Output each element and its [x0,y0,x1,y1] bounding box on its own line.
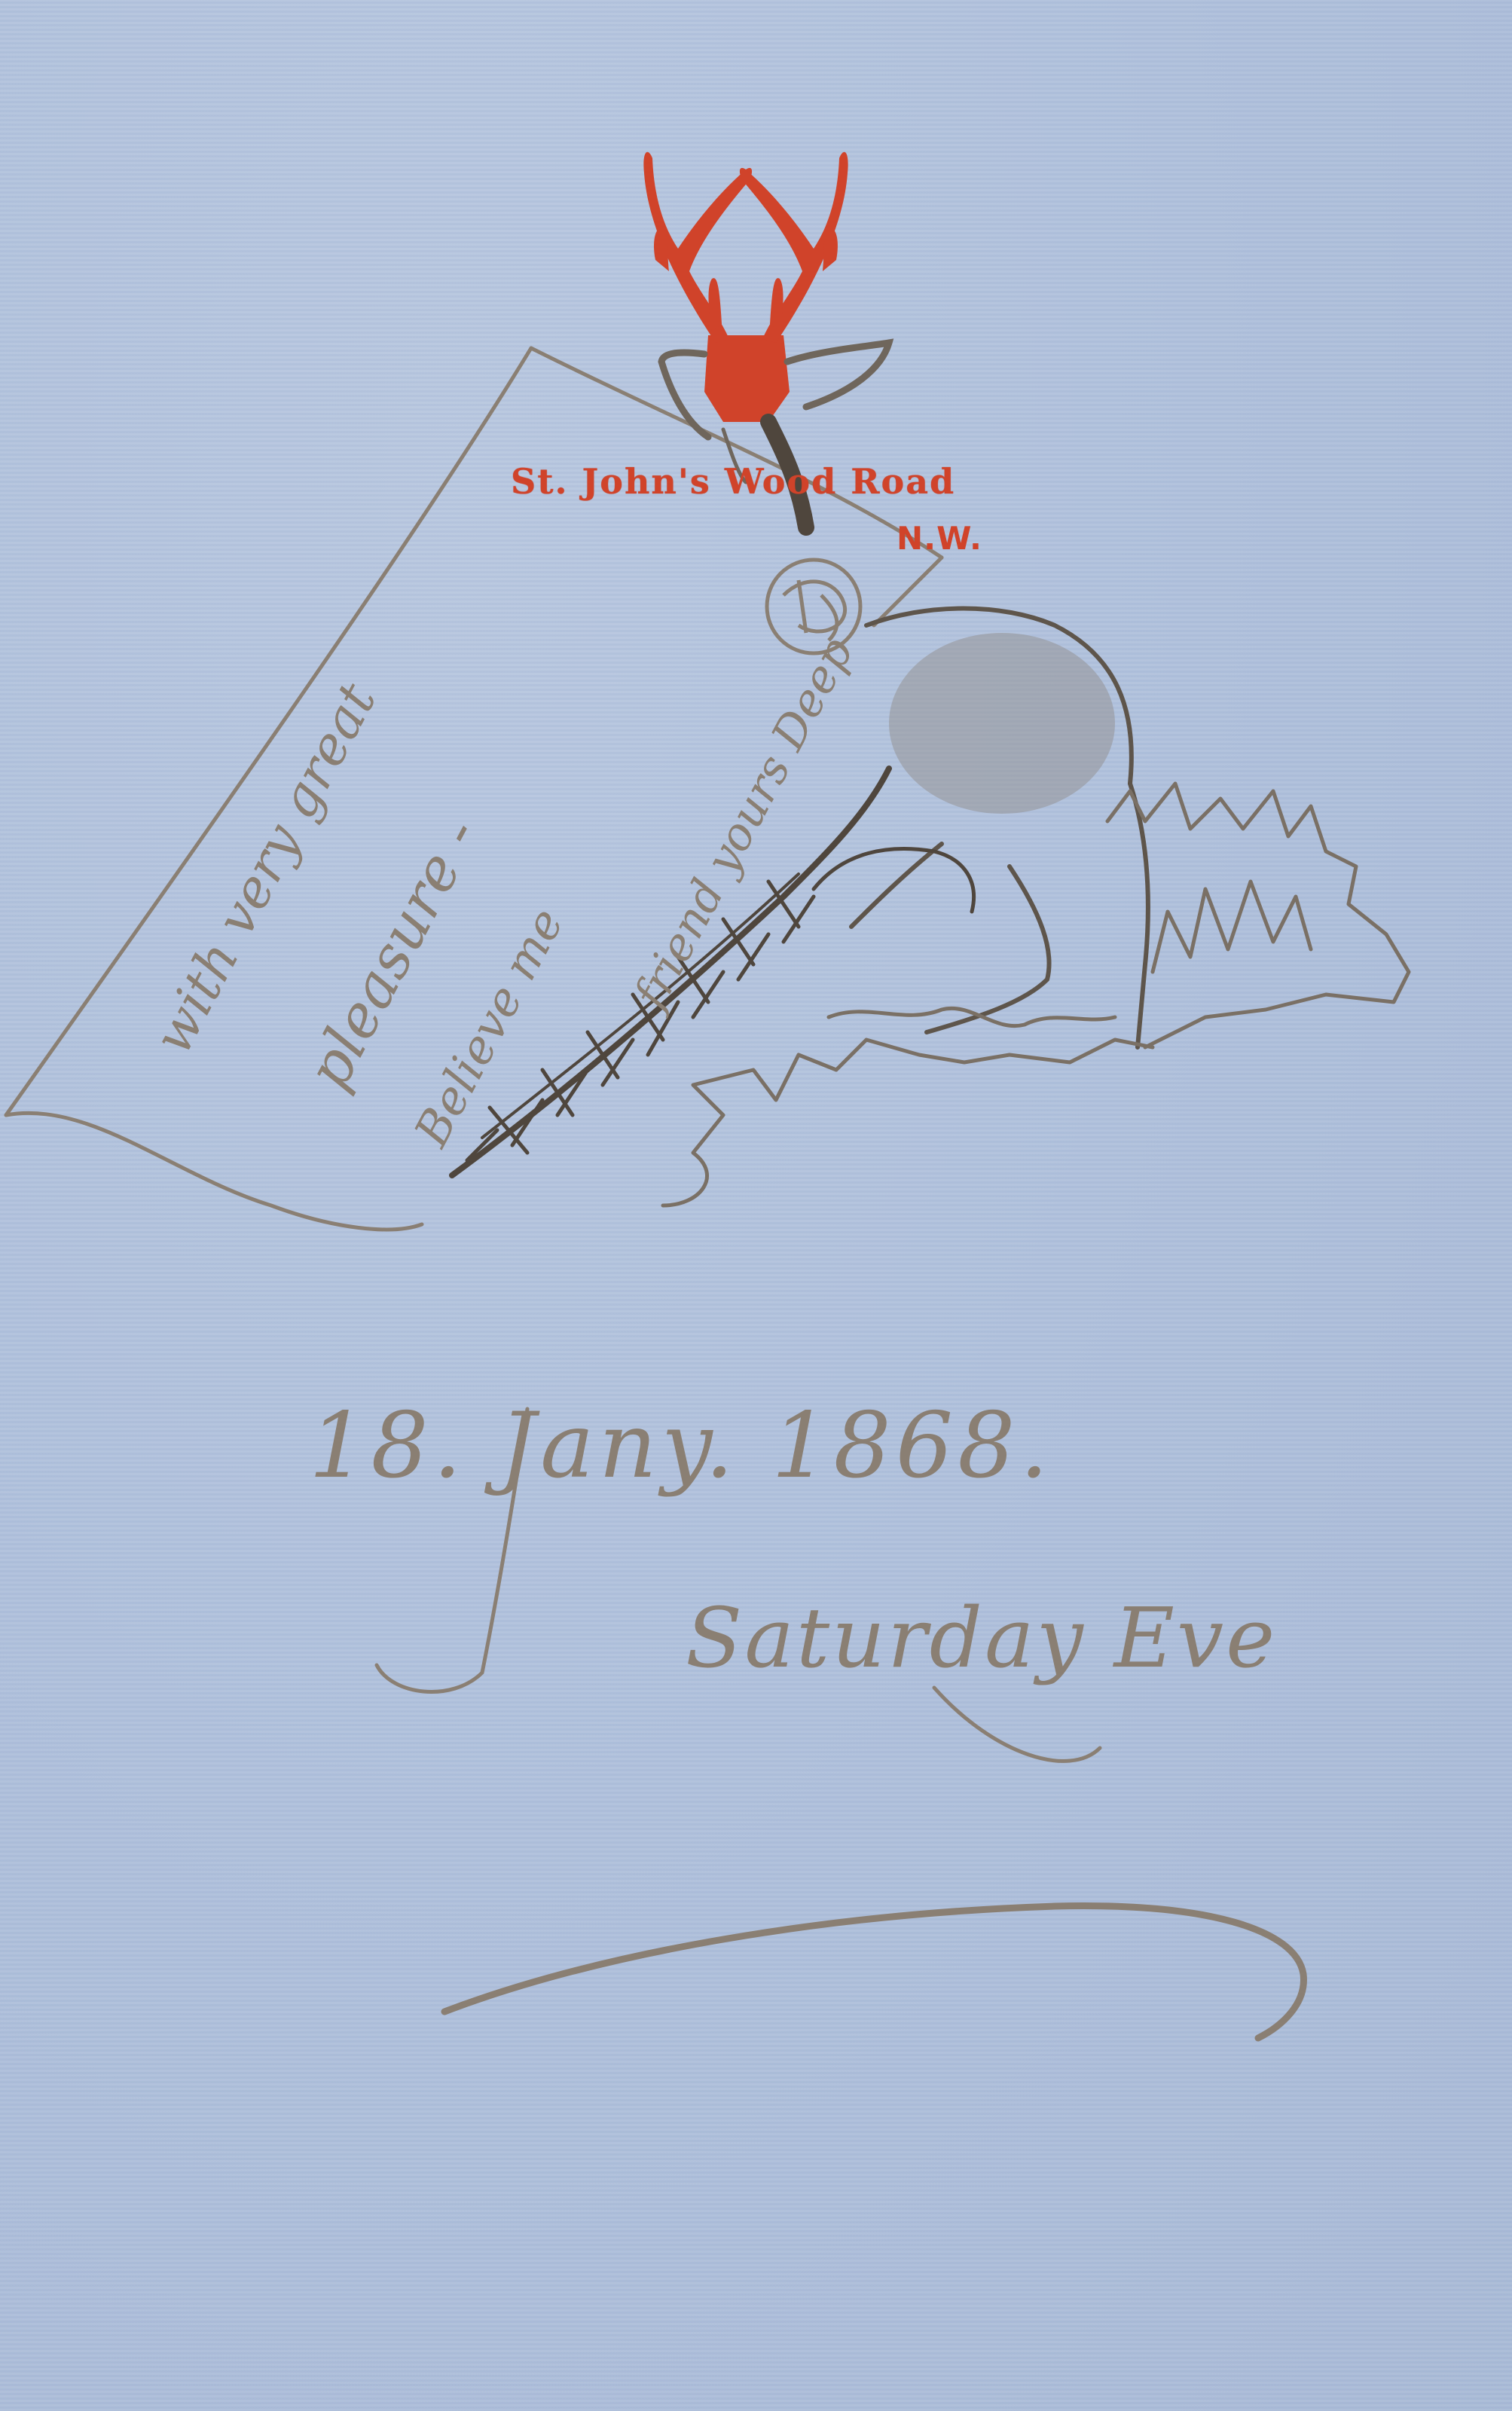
letterhead-address: St. John's Wood Road [511,461,955,502]
letterhead-district: N.W. [897,520,982,557]
closing-flourish [444,1906,1303,2038]
ink-sketch [0,0,1512,2411]
grass-sketch [663,784,1409,1205]
deer-body-sketch [851,609,1148,1048]
stag-head-crest-icon [643,152,848,422]
letter-day: Saturday Eve [686,1590,1277,1686]
letter-date: 18. Jany. 1868. [309,1394,1053,1499]
